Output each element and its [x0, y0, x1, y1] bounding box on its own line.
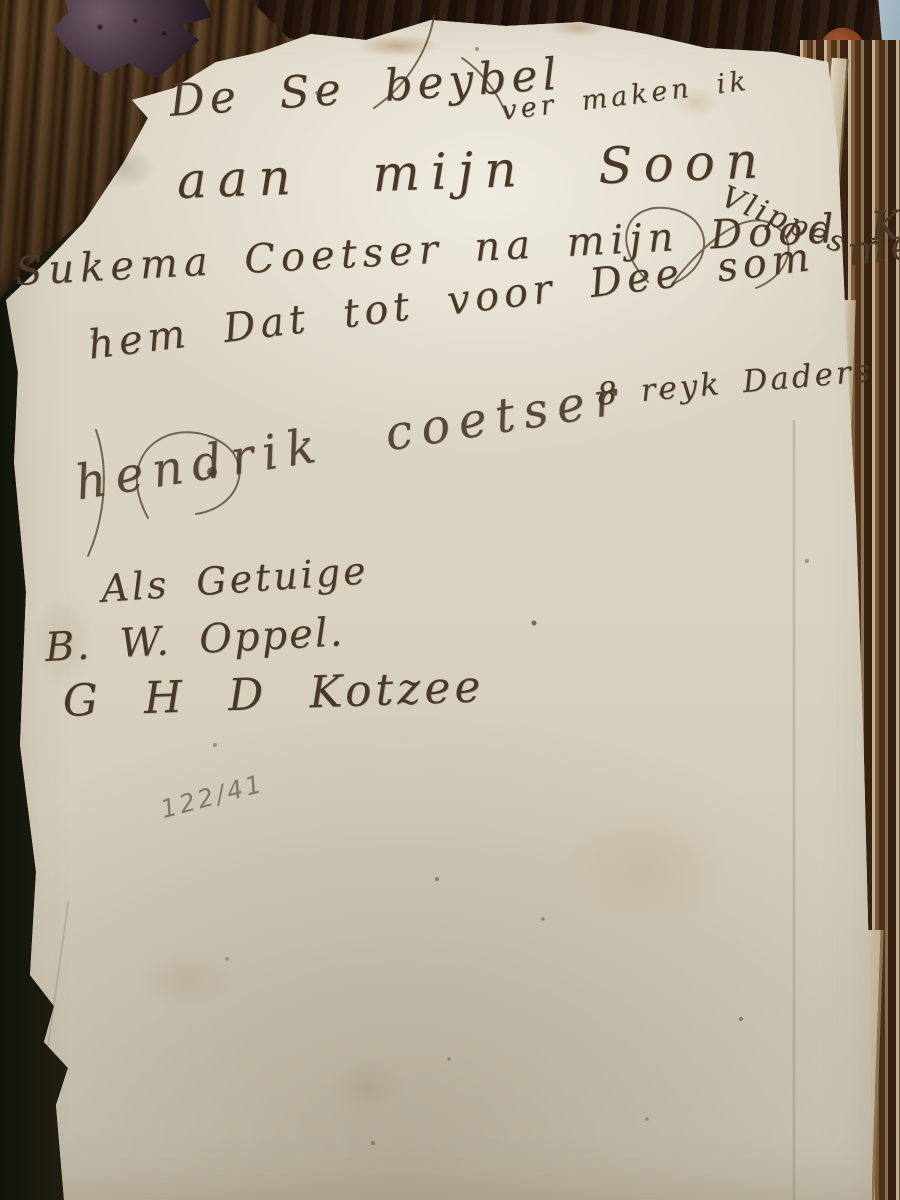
- paper-specks: [0, 0, 2, 2]
- photograph-of-bible-flyleaf: De Se beybel ver maken ik aan mijn Soon …: [0, 0, 900, 1200]
- paper-crease: [792, 420, 796, 1200]
